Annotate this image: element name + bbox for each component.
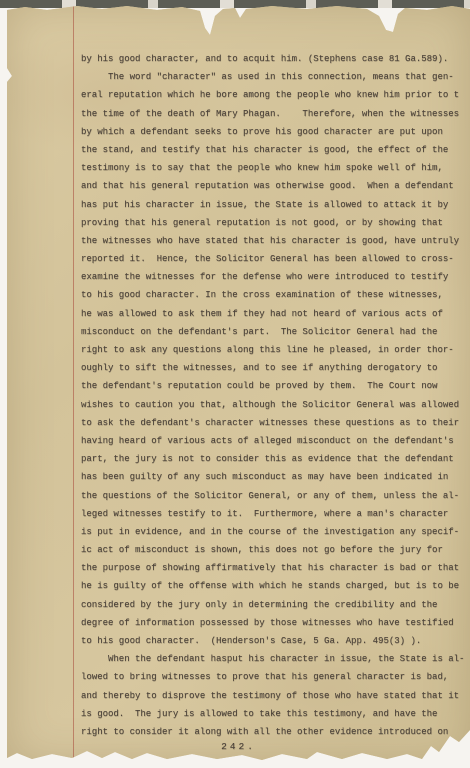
typed-line: the time of the death of Mary Phagan. Th… — [81, 105, 467, 123]
document-scan: by his good character, and to acquit him… — [0, 0, 470, 768]
typed-line: by which a defendant seeks to prove his … — [81, 123, 467, 141]
typed-line: When the defendant hasput his character … — [81, 650, 467, 668]
typed-line: and that his general reputation was othe… — [81, 177, 467, 195]
typed-line: The word "character" as used in this con… — [81, 68, 467, 86]
typed-line: to his good character. In the cross exam… — [81, 286, 467, 304]
typed-line: the purpose of showing affirmatively tha… — [81, 559, 467, 577]
typed-line: is put in evidence, and in the course of… — [81, 523, 467, 541]
margin-rule-line — [73, 2, 74, 765]
typed-line: lowed to bring witnesses to prove that h… — [81, 668, 467, 686]
typed-line: reported it. Hence, the Solicitor Genera… — [81, 250, 467, 268]
typed-line: leged witnesses testify to it. Furthermo… — [81, 505, 467, 523]
typed-line: the stand, and testify that his characte… — [81, 141, 467, 159]
typed-line: wishes to caution you that, although the… — [81, 396, 467, 414]
typed-line: testimony is to say that the people who … — [81, 159, 467, 177]
typed-line: the witnesses who have stated that his c… — [81, 232, 467, 250]
typed-line: and thereby to disprove the testimony of… — [81, 687, 467, 705]
typed-line: part, the jury is not to consider this a… — [81, 450, 467, 468]
typed-line: the defendant's reputation could be prov… — [81, 377, 467, 395]
typed-line: degree of information possessed by those… — [81, 614, 467, 632]
typed-line: eral reputation which he bore among the … — [81, 86, 467, 104]
typed-line: by his good character, and to acquit him… — [81, 50, 467, 68]
typed-line: having heard of various acts of alleged … — [81, 432, 467, 450]
typed-line: examine the witnesses for the defense wh… — [81, 268, 467, 286]
typed-line: has been guilty of any such misconduct a… — [81, 468, 467, 486]
typed-line: oughly to sift the witnesses, and to see… — [81, 359, 467, 377]
typed-line: considered by the jury only in determini… — [81, 596, 467, 614]
typed-line: has put his character in issue, the Stat… — [81, 196, 467, 214]
typed-line: ic act of misconduct is shown, this does… — [81, 541, 467, 559]
typed-line: he is guilty of the offense with which h… — [81, 577, 467, 595]
typed-line: is good. The jury is allowed to take thi… — [81, 705, 467, 723]
typed-line: misconduct on the defendant's part. The … — [81, 323, 467, 341]
typed-line: proving that his general reputation is n… — [81, 214, 467, 232]
typed-line: to his good character. (Henderson's Case… — [81, 632, 467, 650]
scanner-bed-edge — [0, 0, 470, 8]
typed-text-block: by his good character, and to acquit him… — [81, 50, 467, 741]
typed-line: right to consider it along with all the … — [81, 723, 467, 741]
typed-line: to ask the defendant's character witness… — [81, 414, 467, 432]
typed-line: the questions of the Solicitor General, … — [81, 487, 467, 505]
paper-sheet: by his good character, and to acquit him… — [7, 2, 470, 765]
page-number: 242. — [7, 741, 470, 752]
typed-line: he was allowed to ask them if they had n… — [81, 305, 467, 323]
typed-line: right to ask any questions along this li… — [81, 341, 467, 359]
